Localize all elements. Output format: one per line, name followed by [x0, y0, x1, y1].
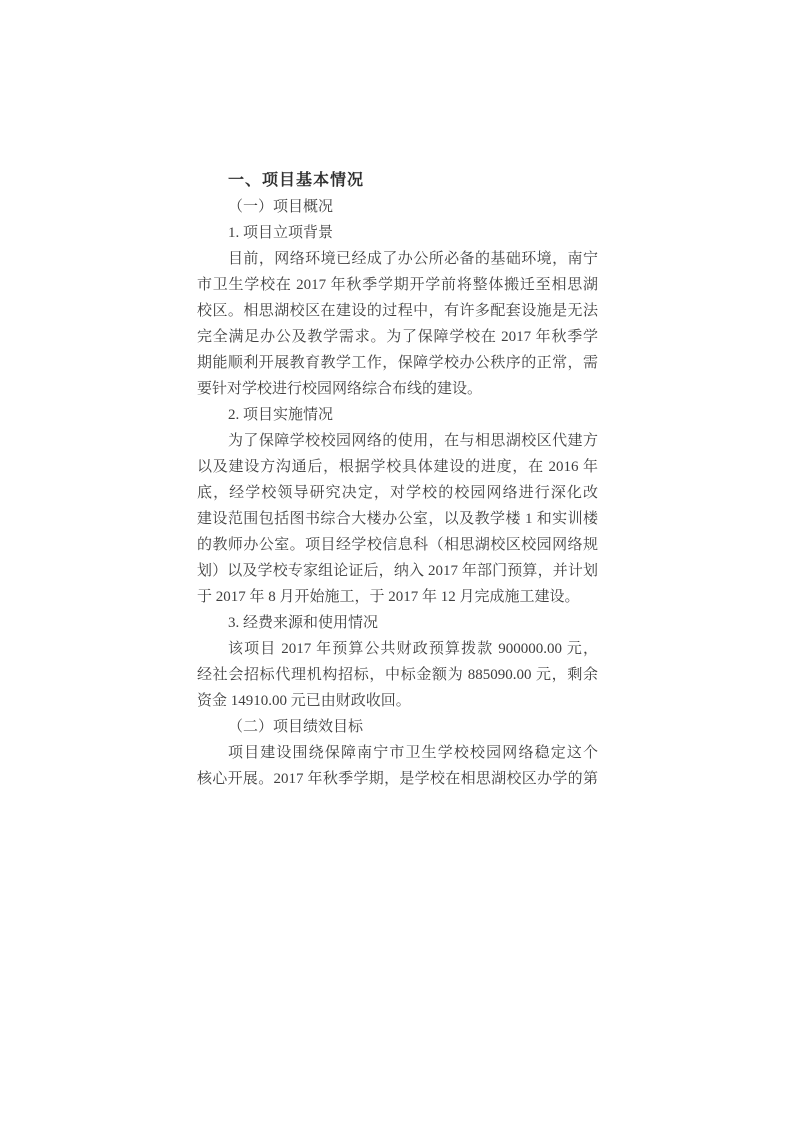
paragraph-background-line: 市卫生学校在 2017 年秋季学期开学前将整体搬迁至相思湖 [197, 272, 598, 298]
paragraph-background-line: 完全满足办公及教学需求。为了保障学校在 2017 年秋季学 [197, 324, 598, 350]
document-text-block: 一、项目基本情况 （一）项目概况 1. 项目立项背景 目前，网络环境已经成了办公… [197, 168, 598, 792]
paragraph-goals-line: 核心开展。2017 年秋季学期，是学校在相思湖校区办学的第 [197, 766, 598, 792]
subheading-project-background: 1. 项目立项背景 [197, 220, 598, 246]
paragraph-implementation-line: 为了保障学校校园网络的使用，在与相思湖校区代建方 [197, 428, 598, 454]
subheading-project-implementation: 2. 项目实施情况 [197, 402, 598, 428]
paragraph-implementation-line: 的教师办公室。项目经学校信息科（相思湖校区校园网络规 [197, 532, 598, 558]
section-heading: 一、项目基本情况 [197, 168, 598, 194]
paragraph-background-line: 期能顺利开展教育教学工作，保障学校办公秩序的正常，需 [197, 350, 598, 376]
paragraph-background-line: 校区。相思湖校区在建设的过程中，有许多配套设施是无法 [197, 298, 598, 324]
paragraph-background-line: 要针对学校进行校园网络综合布线的建设。 [197, 376, 598, 402]
paragraph-background-line: 目前，网络环境已经成了办公所必备的基础环境，南宁 [197, 246, 598, 272]
paragraph-implementation-line: 于 2017 年 8 月开始施工，于 2017 年 12 月完成施工建设。 [197, 584, 598, 610]
paragraph-implementation-line: 划）以及学校专家组论证后，纳入 2017 年部门预算，并计划 [197, 558, 598, 584]
paragraph-goals-line: 项目建设围绕保障南宁市卫生学校校园网络稳定这个 [197, 740, 598, 766]
paragraph-funding-line: 该项目 2017 年预算公共财政预算拨款 900000.00 元， [197, 636, 598, 662]
paragraph-implementation-line: 底，经学校领导研究决定，对学校的校园网络进行深化改建， [197, 480, 598, 506]
paragraph-implementation-line: 以及建设方沟通后，根据学校具体建设的进度，在 2016 年 [197, 454, 598, 480]
document-page: 一、项目基本情况 （一）项目概况 1. 项目立项背景 目前，网络环境已经成了办公… [0, 0, 794, 1123]
paragraph-funding-line: 经社会招标代理机构招标，中标金额为 885090.00 元，剩余 [197, 662, 598, 688]
subheading-performance-goals: （二）项目绩效目标 [197, 714, 598, 740]
subheading-project-overview: （一）项目概况 [197, 194, 598, 220]
subheading-funding-usage: 3. 经费来源和使用情况 [197, 610, 598, 636]
paragraph-funding-line: 资金 14910.00 元已由财政收回。 [197, 688, 598, 714]
paragraph-implementation-line: 建设范围包括图书综合大楼办公室，以及教学楼 1 和实训楼 [197, 506, 598, 532]
